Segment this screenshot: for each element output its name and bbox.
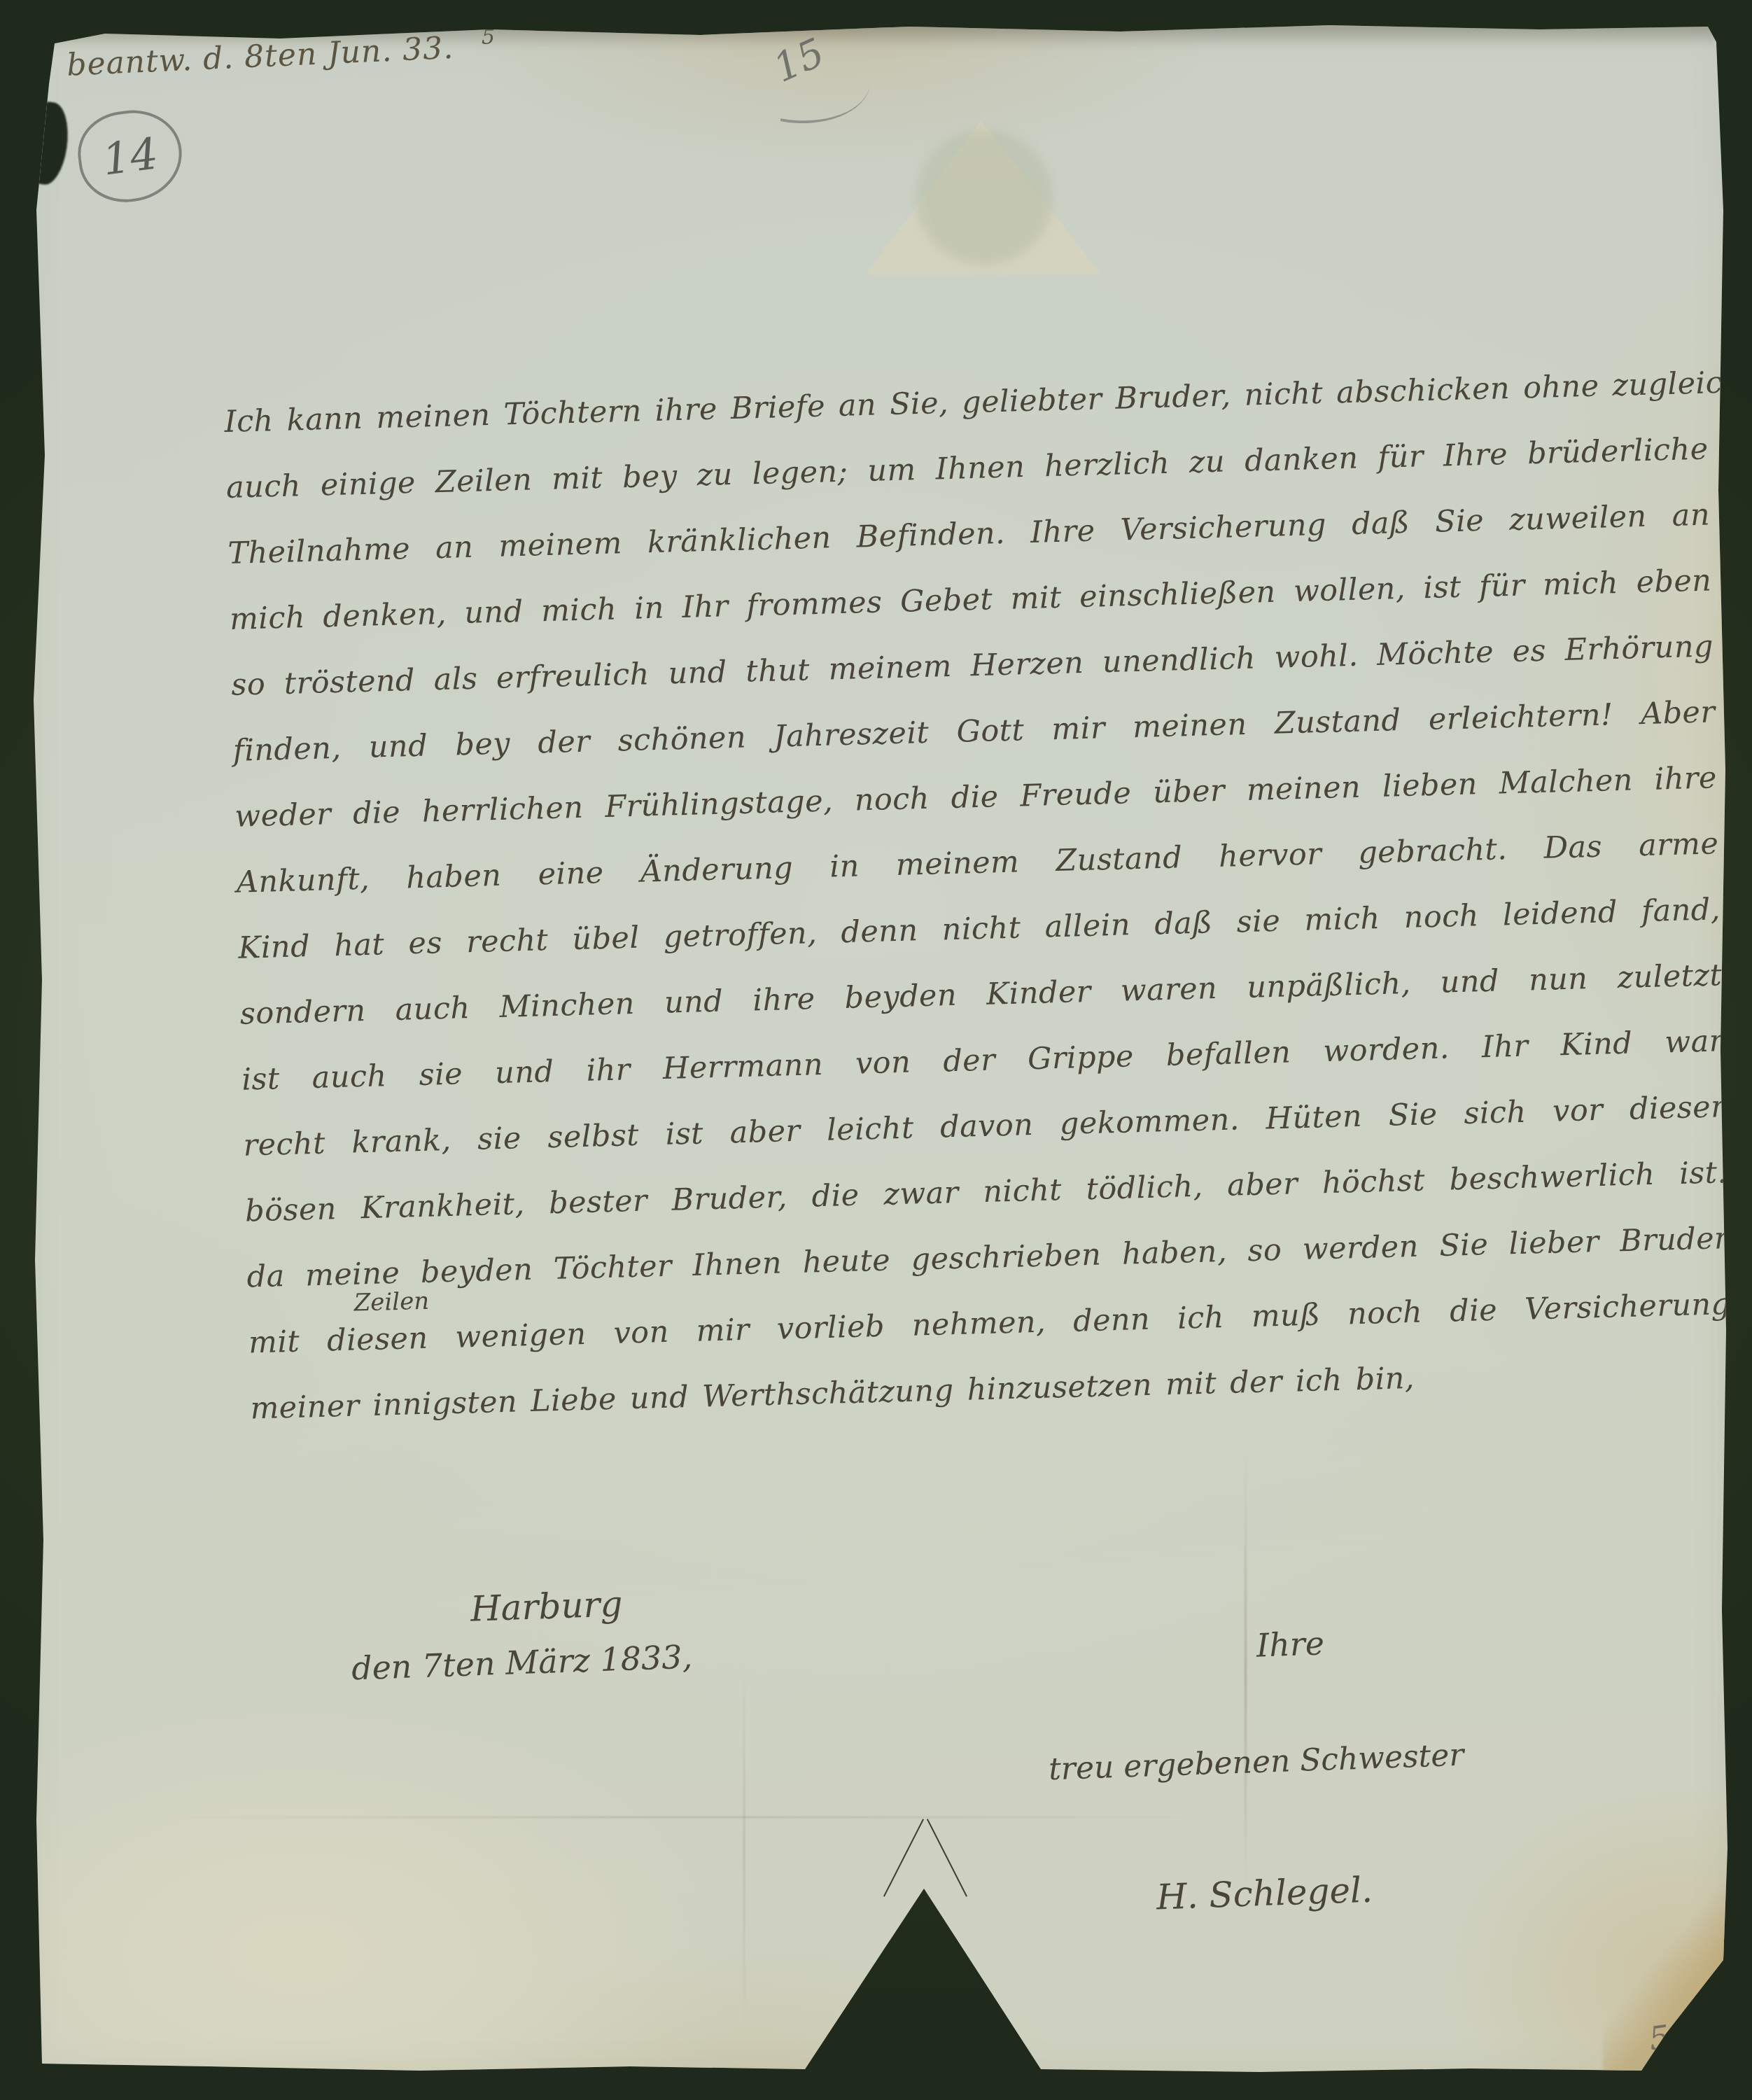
page-number-underline — [780, 70, 870, 135]
closing-salutation: Ihre — [1256, 1624, 1325, 1664]
signature: H. Schlegel. — [1156, 1870, 1373, 1918]
insertion-word: Zeilen — [353, 1287, 430, 1317]
corner-number-pencil: 55 — [1647, 2015, 1693, 2058]
letter-paper: beantw. d. 8ten Jun. 33. 5 14 15 Ich kan… — [0, 0, 1752, 2100]
ink-blob-left-edge — [25, 100, 73, 187]
scan-background: beantw. d. 8ten Jun. 33. 5 14 15 Ich kan… — [0, 0, 1752, 2100]
archive-number-circle: 14 — [73, 104, 188, 207]
crease-vertical-1 — [1245, 1456, 1247, 1890]
stain-corner-bottom-right — [1603, 1883, 1732, 2079]
seal-showthrough-circle — [916, 130, 1053, 265]
letter-body: Ich kann meinen Töchtern ihre Briefe an … — [224, 366, 1734, 1457]
dateline-date: den 7ten März 1833, — [351, 1638, 693, 1688]
dateline-place: Harburg — [470, 1583, 623, 1630]
archive-number: 14 — [99, 127, 160, 185]
crease-horizontal-1 — [161, 1816, 1211, 1818]
closing-relation: treu ergebenen Schwester — [1048, 1737, 1464, 1788]
crease-vertical-2 — [743, 1666, 745, 2030]
answered-note-superscript: 5 — [482, 25, 495, 50]
